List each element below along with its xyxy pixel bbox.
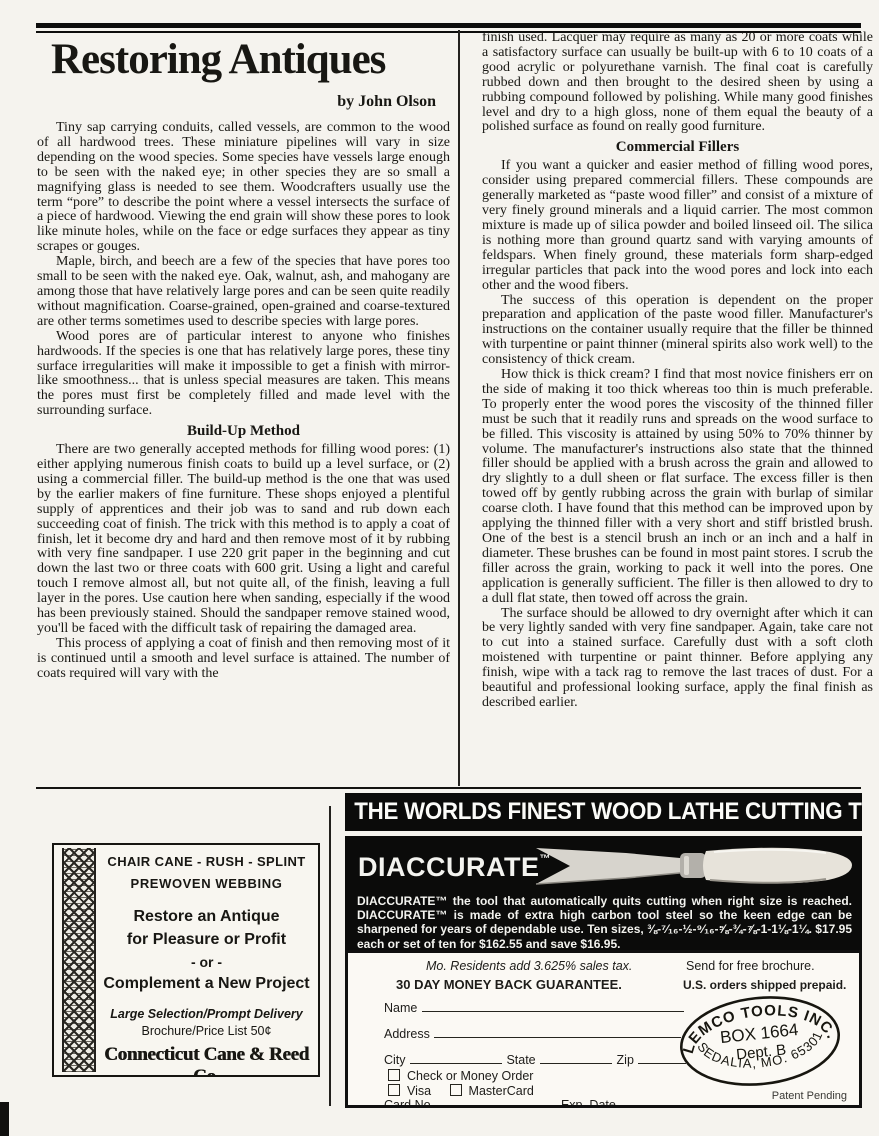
lemco-brand-block: DIACCURATE™ DIACCURATE™ the tool that au… [345,836,862,950]
cane-slogan-line: Complement a New Project [100,975,313,993]
name-label: Name [384,1001,417,1015]
exp-date-blank-line [620,1097,728,1108]
state-label: State [506,1053,535,1067]
article-right-column: finish used. Lacquer may require as many… [482,31,873,788]
ads-vertical-divider [329,806,331,1106]
name-row: Name [384,999,684,1017]
article-left-column: Restoring Antiques by John Olson Tiny sa… [37,36,450,788]
lemco-tools-ad: THE WORLDS FINEST WOOD LATHE CUTTING TOO… [345,793,862,1108]
lemco-order-form: Mo. Residents add 3.625% sales tax. Send… [345,950,862,1108]
cane-selection-line: Large Selection/Prompt Delivery [100,1007,313,1021]
state-blank-line [540,1052,612,1064]
guarantee-text: 30 DAY MONEY BACK GUARANTEE. [396,977,622,992]
address-blank-line [434,1026,681,1038]
page-edge-mark [0,1102,9,1136]
cane-ad-body: CHAIR CANE - RUSH - SPLINT PREWOVEN WEBB… [100,845,313,1077]
lathe-tool-photo [528,838,856,894]
exp-date-label: Exp. Date [561,1098,616,1108]
address-label: Address [384,1027,430,1041]
brand-text: DIACCURATE [358,852,540,882]
check-checkbox-icon [388,1069,400,1081]
card-number-row: Card No. Exp. Date [384,1096,728,1108]
article-title: Restoring Antiques [51,36,450,84]
article-paragraph: This process of applying a coat of finis… [37,637,450,682]
name-blank-line [422,1000,684,1012]
zip-label: Zip [617,1053,634,1067]
cane-slogan-line: for Pleasure or Profit [100,931,313,949]
article-paragraph: There are two generally accepted methods… [37,443,450,637]
cane-reed-ad: CHAIR CANE - RUSH - SPLINT PREWOVEN WEBB… [52,843,320,1077]
card-number-label: Card No. [384,1098,434,1108]
city-label: City [384,1053,406,1067]
check-option-label: Check or Money Order [407,1069,533,1083]
sales-tax-note: Mo. Residents add 3.625% sales tax. [426,959,632,973]
cane-brochure-line: Brochure/Price List 50¢ [100,1024,313,1038]
city-blank-line [410,1052,502,1064]
article-column-divider [458,30,460,786]
lemco-stamp-logo: LEMCO TOOLS INC. BOX 1664 Dept. B SEDALI… [670,984,849,1097]
visa-checkbox-icon [388,1084,400,1096]
article-paragraph: The success of this operation is depende… [482,294,873,369]
cane-webbing-illustration [62,848,96,1072]
article-paragraph: If you want a quicker and easier method … [482,159,873,293]
article-paragraph: How thick is thick cream? I find that mo… [482,368,873,607]
card-number-blank-line [438,1097,556,1108]
brochure-note: Send for free brochure. [686,959,815,973]
article-paragraph: Maple, birch, and beech are a few of the… [37,255,450,330]
article-paragraph: finish used. Lacquer may require as many… [482,31,873,135]
section-heading-commercial-fillers: Commercial Fillers [482,139,873,156]
lemco-brand-name: DIACCURATE™ [358,852,551,883]
article-paragraph: Tiny sap carrying conduits, called vesse… [37,121,450,255]
article-byline: by John Olson [37,93,436,111]
patent-pending-text: Patent Pending [772,1090,847,1102]
lemco-headline-banner: THE WORLDS FINEST WOOD LATHE CUTTING TOO… [345,793,862,831]
article-paragraph: Wood pores are of particular interest to… [37,330,450,419]
ads-section-rule [36,787,861,789]
section-heading-build-up-method: Build-Up Method [37,423,450,440]
cane-slogan-line: Restore an Antique [100,908,313,926]
address-row: Address [384,1025,681,1043]
cane-webbing-line: PREWOVEN WEBBING [100,876,313,891]
lemco-headline: THE WORLDS FINEST WOOD LATHE CUTTING TOO… [345,793,862,831]
lemco-body-copy: DIACCURATE™ the tool that automatically … [357,894,852,950]
cane-products-line: CHAIR CANE - RUSH - SPLINT [100,854,313,869]
cane-company-logo: Connecticut Cane & Reed Co. [100,1044,313,1077]
article-paragraph: The surface should be allowed to dry ove… [482,607,873,711]
cane-slogan-line: - or - [100,954,313,970]
mastercard-checkbox-icon [450,1084,462,1096]
